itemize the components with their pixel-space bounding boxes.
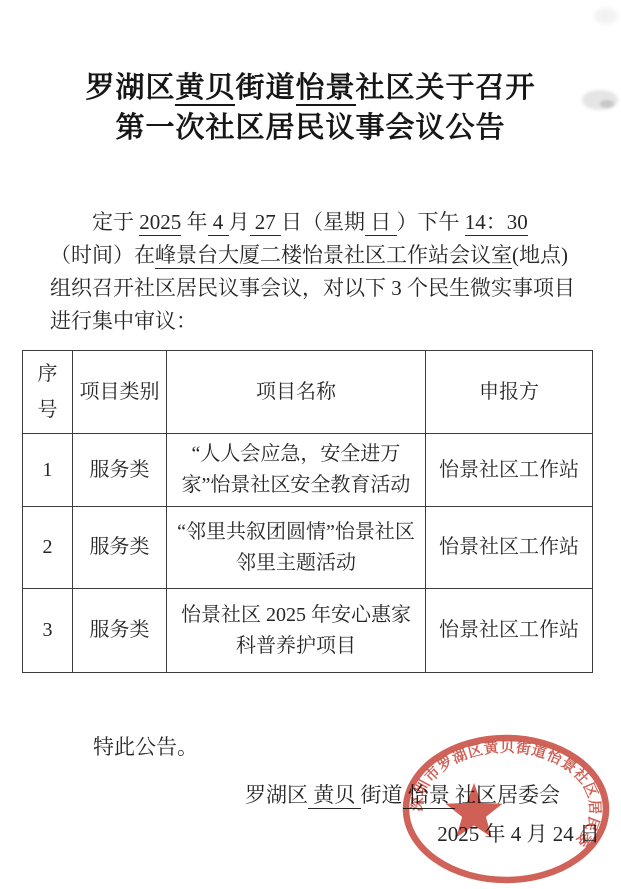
title-underlined-community: 怡景 bbox=[296, 72, 356, 106]
body-line-1: 定于 2025 年 4 月 27 日（星期 日 ）下午 14：30 bbox=[50, 206, 606, 239]
body-line-3: 组织召开社区居民议事会议，对以下 3 个民生微实事项目 bbox=[50, 272, 606, 305]
table-row: 1 服务类 “人人会应急，安全进万家”怡景社区安全教育活动 怡景社区工作站 bbox=[23, 434, 593, 507]
announcement-page: 罗湖区黄贝街道怡景社区关于召开 第一次社区居民议事会议公告 定于 2025 年 … bbox=[0, 0, 621, 889]
table-header-project-name: 项目名称 bbox=[167, 351, 426, 434]
body-line-2: （时间）在峰景台大厦二楼怡景社区工作站会议室(地点) bbox=[50, 239, 606, 272]
projects-table: 序号 项目类别 项目名称 申报方 1 服务类 “人人会应急，安全进万家”怡景社区… bbox=[22, 350, 593, 673]
title-text: 罗湖区 bbox=[85, 72, 175, 104]
blank-weekday: 日 bbox=[365, 210, 397, 236]
official-seal: 深圳市罗湖区黄贝街道怡景社区居民委员会 bbox=[398, 730, 614, 888]
title-underlined-street: 黄贝 bbox=[175, 72, 235, 106]
blank-time: 14：30 bbox=[465, 210, 528, 236]
table-cell-seq: 1 bbox=[23, 434, 73, 507]
title-line-1: 罗湖区黄贝街道怡景社区关于召开 bbox=[0, 68, 621, 108]
blank-day: 27 bbox=[250, 210, 282, 236]
signature-blank-street: 黄贝 bbox=[308, 783, 361, 809]
table-header-category: 项目类别 bbox=[73, 351, 167, 434]
table-cell-project-name: “邻里共叙团圆情”怡景社区邻里主题活动 bbox=[167, 507, 426, 589]
table-cell-applicant: 怡景社区工作站 bbox=[426, 507, 593, 589]
body-paragraph: 定于 2025 年 4 月 27 日（星期 日 ）下午 14：30 （时间）在峰… bbox=[50, 206, 606, 338]
table-cell-category: 服务类 bbox=[73, 507, 167, 589]
page-title: 罗湖区黄贝街道怡景社区关于召开 第一次社区居民议事会议公告 bbox=[0, 68, 621, 148]
table-cell-seq: 2 bbox=[23, 507, 73, 589]
table-header-seq: 序号 bbox=[23, 351, 73, 434]
seal-arc-text: 深圳市罗湖区黄贝街道怡景社区居民委员会 bbox=[398, 730, 604, 851]
blank-location: 峰景台大厦二楼怡景社区工作站会议室 bbox=[155, 243, 512, 269]
table-cell-applicant: 怡景社区工作站 bbox=[426, 589, 593, 673]
table-header-row: 序号 项目类别 项目名称 申报方 bbox=[23, 351, 593, 434]
blank-year: 2025 bbox=[139, 210, 181, 236]
blank-month: 4 bbox=[208, 210, 229, 236]
table-cell-project-name: “人人会应急，安全进万家”怡景社区安全教育活动 bbox=[167, 434, 426, 507]
table-row: 3 服务类 怡景社区 2025 年安心惠家科普养护项目 怡景社区工作站 bbox=[23, 589, 593, 673]
title-text: 社区关于召开 bbox=[356, 72, 536, 104]
table-row: 2 服务类 “邻里共叙团圆情”怡景社区邻里主题活动 怡景社区工作站 bbox=[23, 507, 593, 589]
table-cell-seq: 3 bbox=[23, 589, 73, 673]
table-cell-applicant: 怡景社区工作站 bbox=[426, 434, 593, 507]
table-cell-category: 服务类 bbox=[73, 589, 167, 673]
scan-smudge bbox=[594, 8, 618, 24]
table-cell-category: 服务类 bbox=[73, 434, 167, 507]
body-line-4: 进行集中审议： bbox=[50, 305, 606, 338]
title-line-2: 第一次社区居民议事会议公告 bbox=[0, 108, 621, 148]
seal-star-icon bbox=[446, 783, 503, 837]
title-text: 街道 bbox=[235, 72, 295, 104]
seal-ring bbox=[406, 738, 606, 880]
table-header-applicant: 申报方 bbox=[426, 351, 593, 434]
table-cell-project-name: 怡景社区 2025 年安心惠家科普养护项目 bbox=[167, 589, 426, 673]
